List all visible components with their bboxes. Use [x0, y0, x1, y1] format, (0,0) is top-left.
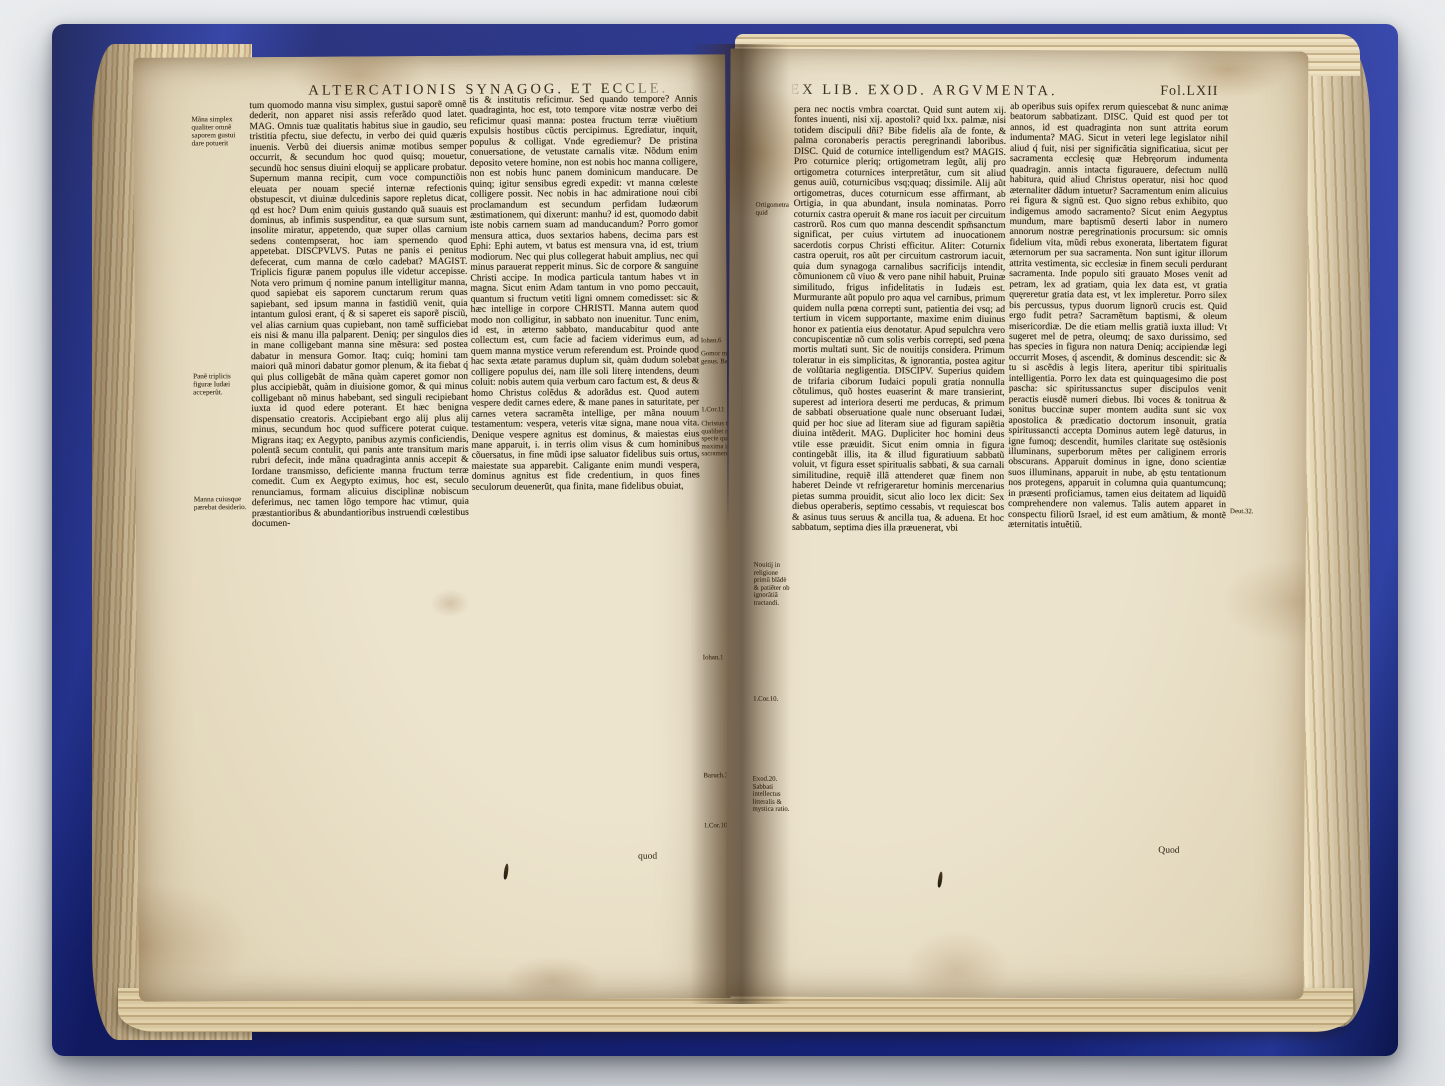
margin-note: 1.Cor.11	[701, 406, 731, 414]
catchword: Quod	[1158, 845, 1179, 856]
margin-note: 1.Cor.10.	[753, 696, 791, 704]
margin-note: Deut.32.	[1230, 508, 1278, 516]
margin-note: Ortigometra quid	[756, 202, 794, 217]
catchword: quod	[638, 851, 657, 862]
margin-note: Gomor mensuræ genus. Batus q́d.	[701, 350, 731, 365]
left-page-column-2: tis & institutis reficimur. Sed quando t…	[469, 94, 702, 867]
photo-backdrop: ALTERCATIONIS SYNAGOG. ET ECCLE. Mãna si…	[0, 0, 1445, 1086]
left-page: ALTERCATIONIS SYNAGOG. ET ECCLE. Mãna si…	[133, 54, 731, 1002]
margin-note: Mãna simplex qualiter omnẽ saporem gustu…	[191, 115, 247, 147]
right-running-title: EX LIB. EXOD. ARGVMENTA.	[790, 82, 1057, 100]
right-page: EX LIB. EXOD. ARGVMENTA. Fol.LXII Ortigo…	[726, 48, 1309, 999]
margin-note: Iohan.6	[701, 337, 731, 345]
right-page-column-2: ab operibus suis opifex rerum quiescebat…	[1006, 102, 1228, 877]
margin-note: Manna cuiusque pærebat desiderio.	[194, 495, 250, 511]
folio-number: Fol.LXII	[1160, 84, 1218, 100]
margin-note: Christus tãtus sub qualibet minima speci…	[701, 420, 731, 458]
left-page-column-1: tum quomodo manna visu simplex, gustui s…	[249, 100, 471, 877]
margin-note: Exod.20. Sabbati intellectus litteralis …	[752, 776, 790, 814]
right-page-column-1: pera nec noctis vmbra coarctat. Quid sun…	[790, 105, 1006, 884]
margin-note: Panẽ triplicis figuræ Iudæi acceperũt.	[193, 372, 249, 396]
margin-note: Nouitij in religione primũ blãdè & patiẽ…	[754, 562, 792, 607]
